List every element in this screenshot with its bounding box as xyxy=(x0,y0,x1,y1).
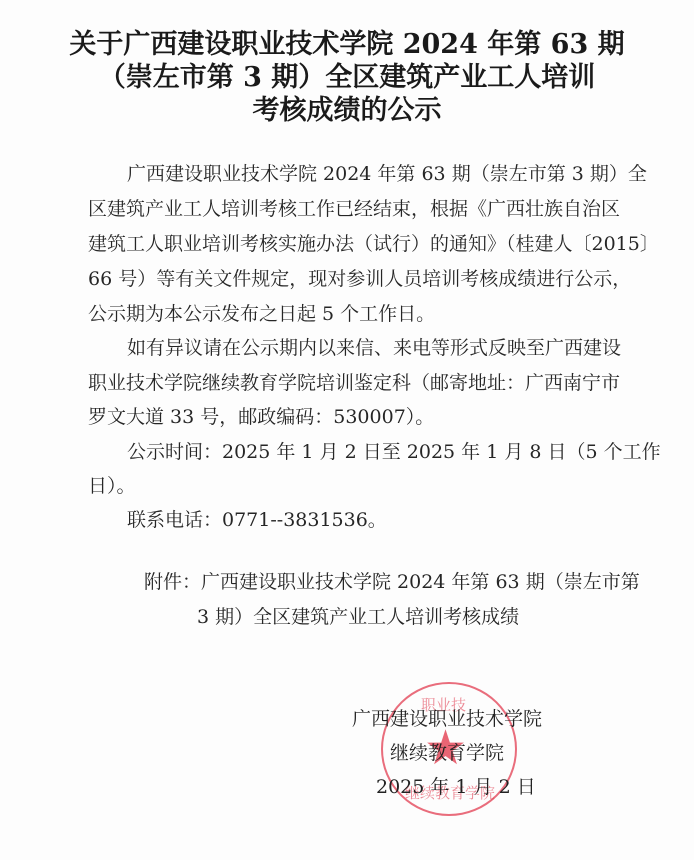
body-line: 职业技术学院继续教育学院培训鉴定科（邮寄地址：广西南宁市 xyxy=(88,371,620,395)
body-line: 广西建设职业技术学院 2024 年第 63 期（崇左市第 3 期）全 xyxy=(127,162,647,186)
contact-phone: 联系电话：0771--3831536。 xyxy=(127,508,387,532)
body-line: 区建筑产业工人培训考核工作已经结束，根据《广西壮族自治区 xyxy=(88,197,620,221)
attachment-line-1: 附件：广西建设职业技术学院 2024 年第 63 期（崇左市第 xyxy=(144,570,640,594)
attachment-line-2: 3 期）全区建筑产业工人培训考核成绩 xyxy=(197,605,519,629)
body-line: 罗文大道 33 号，邮政编码：530007）。 xyxy=(88,405,434,429)
signature-date: 2025 年 1 月 2 日 xyxy=(376,775,536,799)
body-line: 日）。 xyxy=(88,474,136,498)
body-line: 66 号）等有关文件规定，现对参训人员培训考核成绩进行公示， xyxy=(88,267,631,291)
signature-org: 广西建设职业技术学院 xyxy=(352,707,542,731)
body-line: 建筑工人职业培训考核实施办法（试行）的通知》（桂建人〔2015〕 xyxy=(88,232,659,256)
title-line-1: 关于广西建设职业技术学院 2024 年第 63 期 xyxy=(0,28,694,61)
title-line-3: 考核成绩的公示 xyxy=(0,94,694,127)
body-line: 如有异议请在公示期内以来信、来电等形式反映至广西建设 xyxy=(127,336,621,360)
body-line: 公示时间：2025 年 1 月 2 日至 2025 年 1 月 8 日（5 个工… xyxy=(127,440,661,464)
signature-dept: 继续教育学院 xyxy=(390,741,504,765)
body-line: 公示期为本公示发布之日起 5 个工作日。 xyxy=(88,302,435,326)
title-line-2: （崇左市第 3 期）全区建筑产业工人培训 xyxy=(0,61,694,94)
